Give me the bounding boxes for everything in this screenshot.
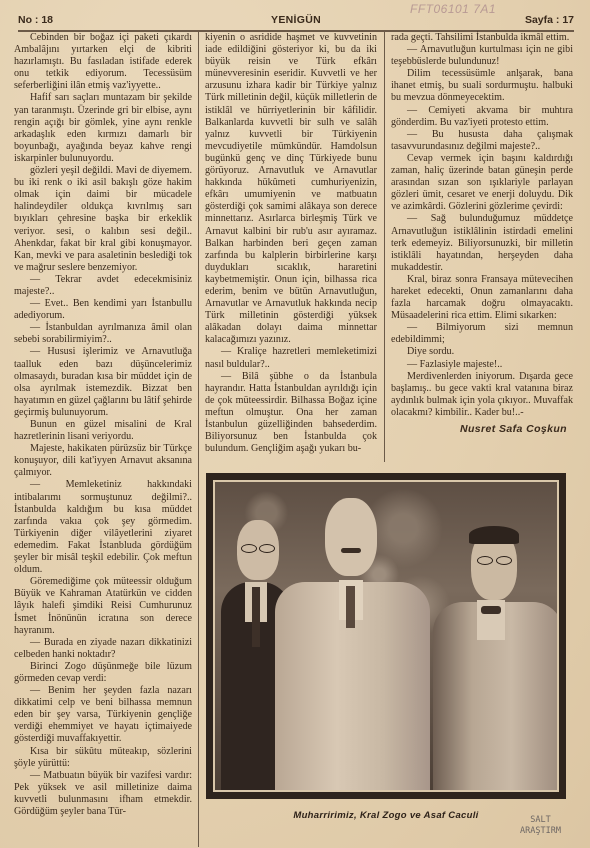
article-paragraph: rada geçti. Tahsilimi İstanbulda ikmâl e…	[391, 32, 573, 44]
article-column-middle: kiyenin o asridide haşmet ve kuvvetinin …	[205, 32, 377, 455]
article-paragraph: kiyenin o asridide haşmet ve kuvvetinin …	[205, 32, 377, 346]
article-column-left: Cebinden bir boğaz içi paketi çıkardı Am…	[14, 32, 192, 818]
article-paragraph: Diye sordu.	[391, 346, 573, 358]
column-divider	[198, 32, 199, 847]
article-paragraph: gözleri yeşil değildi. Mavi de diyemem. …	[14, 165, 192, 274]
article-paragraph: — Bilâ şübhe o da İstanbula hayrandır. H…	[205, 371, 377, 456]
page-header: No : 18 YENİGÜN Sayfa : 17	[18, 14, 574, 30]
article-paragraph: — Burada en ziyade nazarı dikkatinizi ce…	[14, 637, 192, 661]
masthead: YENİGÜN	[18, 14, 574, 26]
article-paragraph: Merdivenlerden iniyorum. Dışarda gece ba…	[391, 371, 573, 419]
article-paragraph: Cevap vermek için başını kaldırdığı zama…	[391, 153, 573, 213]
article-paragraph: Kısa bir sükûtu müteakıp, sözlerini şöyl…	[14, 746, 192, 770]
salt-stamp-line2: ARAŞTIRM	[520, 826, 561, 837]
article-paragraph: — Evet.. Ben kendimi yarı İstanbullu ade…	[14, 298, 192, 322]
article-paragraph: — Matbuatın büyük bir vazifesi vardır: P…	[14, 770, 192, 818]
article-paragraph: — Bilmiyorum sizi memnun edebildimmi;	[391, 322, 573, 346]
photo-caption: Muharririmiz, Kral Zogo ve Asaf Caculi	[206, 810, 566, 821]
article-photo	[206, 473, 566, 799]
salt-stamp-line1: SALT	[520, 815, 561, 826]
page-number: Sayfa : 17	[525, 14, 574, 26]
article-paragraph: — Fazlasiyle majeste!..	[391, 359, 573, 371]
salt-archive-stamp: SALT ARAŞTIRM	[520, 815, 561, 837]
article-paragraph: Birinci Zogo düşünmeğe bile lüzum görmed…	[14, 661, 192, 685]
article-paragraph: Hafif sarı saçları muntazam bir şekilde …	[14, 92, 192, 165]
article-column-right: rada geçti. Tahsilimi İstanbulda ikmâl e…	[391, 32, 573, 435]
newspaper-page: FFT06101 7A1 No : 18 YENİGÜN Sayfa : 17 …	[0, 0, 590, 848]
author-signature: Nusret Safa Coşkun	[391, 423, 573, 435]
column-divider	[384, 32, 385, 462]
article-paragraph: — Hususi işlerimiz ve Arnavutluğa taallu…	[14, 346, 192, 419]
article-paragraph: — Sağ bulunduğumuz müddetçe Arnavutluğun…	[391, 213, 573, 273]
article-paragraph: Kral, biraz sonra Fransaya mütevecihen h…	[391, 274, 573, 322]
article-paragraph: — Arnavutluğun kurtulması için ne gibi t…	[391, 44, 573, 68]
article-paragraph: — Benim her şeyden fazla nazarı dikkatim…	[14, 685, 192, 745]
article-paragraph: — Kraliçe hazretleri memleketimizi nasıl…	[205, 346, 377, 370]
article-paragraph: Bunun en güzel misalini de Kral hazretle…	[14, 419, 192, 443]
article-paragraph: Göremediğime çok müteessir olduğum Büyük…	[14, 576, 192, 636]
article-paragraph: — Bu hususta daha çalışmak tasavvurundas…	[391, 129, 573, 153]
article-paragraph: Dilim tecessüsümle anlşarak, bana ihanet…	[391, 68, 573, 104]
article-paragraph: Majeste, hakikaten pürüzsüz bir Türkçe k…	[14, 443, 192, 479]
article-paragraph: — Cemiyeti akvama bir muhtıra gönderdim.…	[391, 105, 573, 129]
article-paragraph: — Memleketiniz hakkındaki intibalarımı s…	[14, 479, 192, 576]
article-paragraph: Cebinden bir boğaz içi paketi çıkardı Am…	[14, 32, 192, 92]
article-paragraph: — İstanbuldan ayrılmanıza âmil olan sebe…	[14, 322, 192, 346]
article-paragraph: — Tekrar avdet edecekmisiniz majeste?..	[14, 274, 192, 298]
photo-image	[213, 480, 559, 792]
